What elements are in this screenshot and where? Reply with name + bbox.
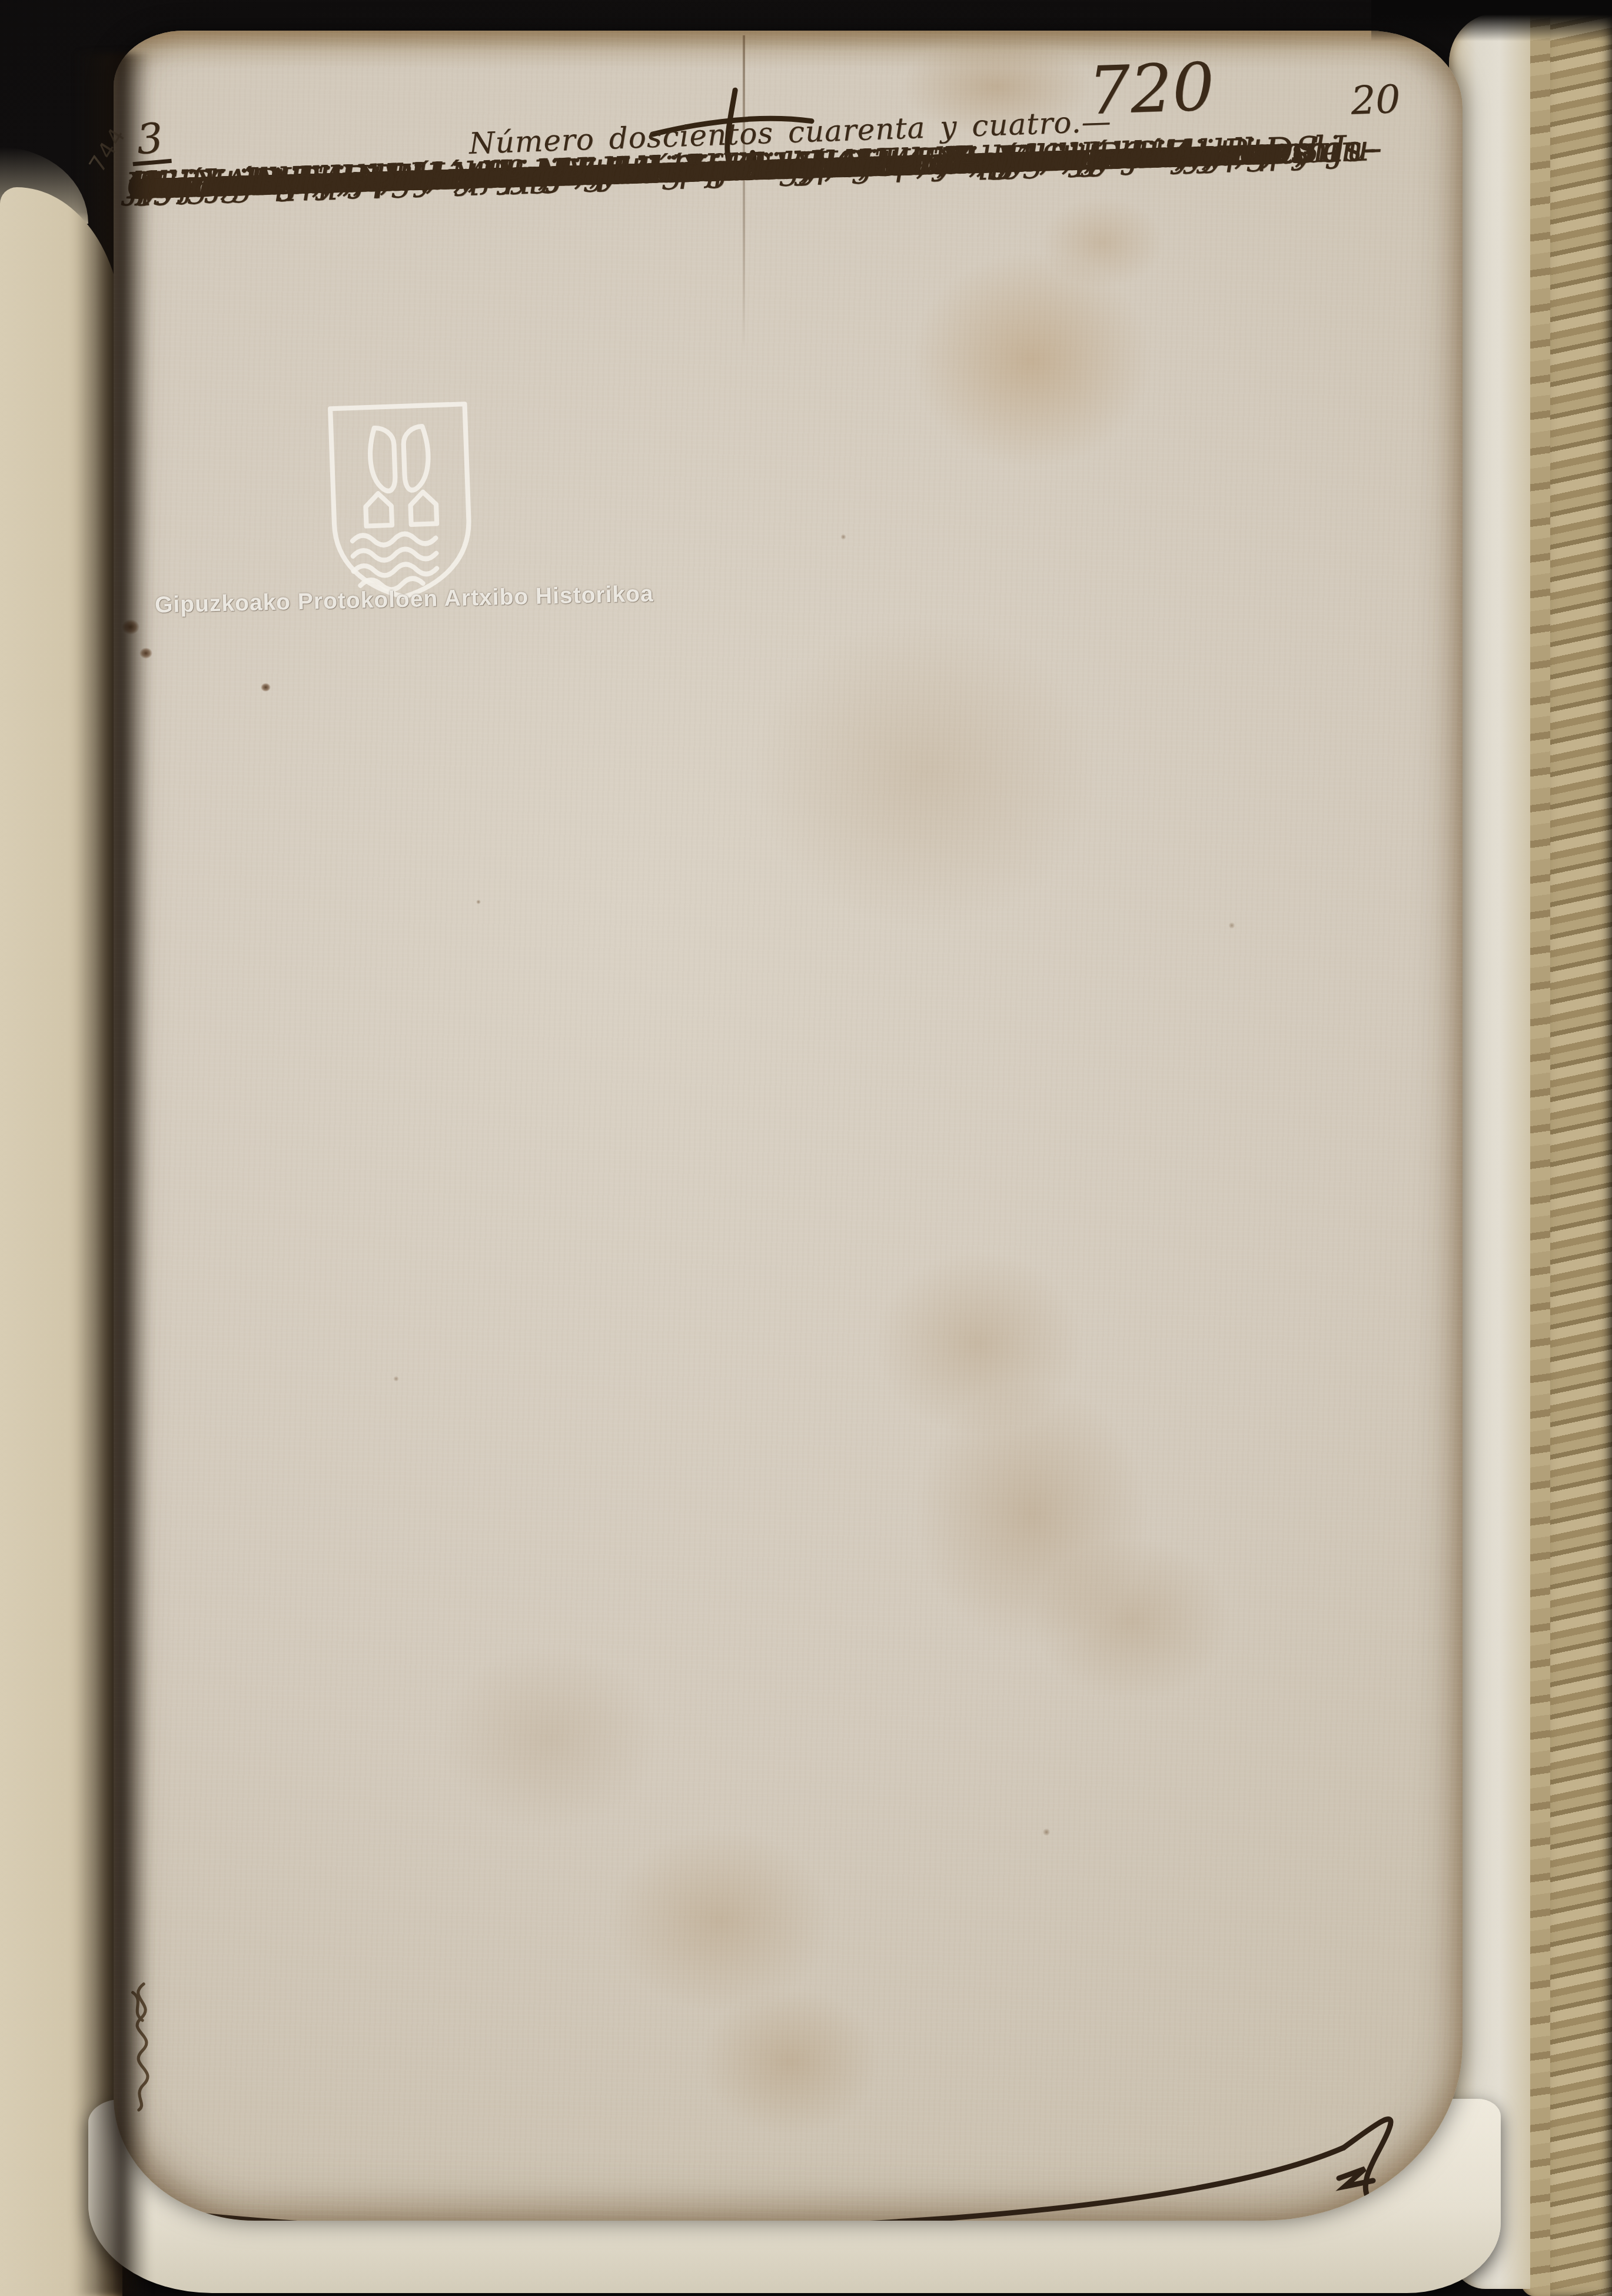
top-edge-shadow bbox=[1371, 0, 1612, 41]
manuscript-photo: Gipuzkoako Protokoloen Artxibo Historiko… bbox=[0, 0, 1612, 2296]
previous-page-edge bbox=[0, 187, 122, 2296]
manuscript-body: Enla Muy Noble, y Muy Leal Ciudad de San… bbox=[125, 142, 1463, 2185]
manuscript-line: quina Byrd, paraque reciba dho importe. … bbox=[124, 142, 131, 231]
manuscript-page: Gipuzkoako Protokoloen Artxibo Historiko… bbox=[114, 31, 1463, 2221]
margin-rubric-flourish-icon bbox=[121, 1979, 163, 2115]
closing-underline-flourish-icon bbox=[131, 2032, 1450, 2221]
